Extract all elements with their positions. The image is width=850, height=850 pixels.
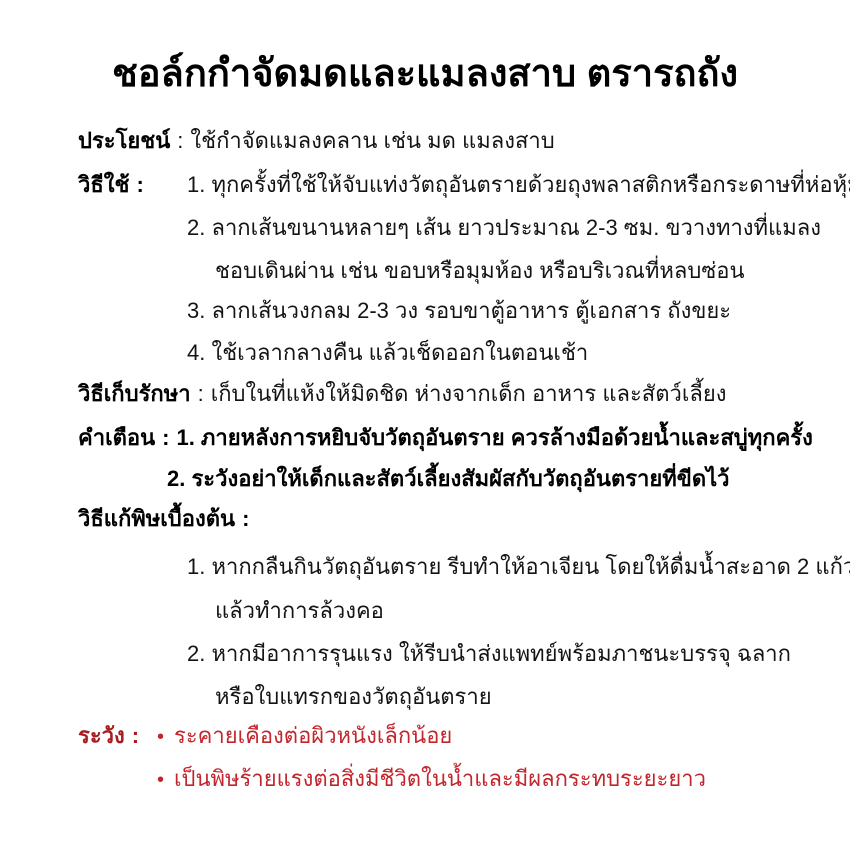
- storage-label: วิธีเก็บรักษา: [78, 381, 191, 406]
- warning-item-1: 1. ภายหลังการหยิบจับวัตถุอันตราย ควรล้าง…: [176, 425, 812, 450]
- first-aid-item-2-line-2: หรือใบแทรกของวัตถุอันตราย: [215, 682, 492, 712]
- usage-item-1: 1. ทุกครั้งที่ใช้ให้จับแท่งวัตถุอันตรายด…: [187, 170, 850, 200]
- colon-separator: :: [198, 381, 204, 406]
- warning-line-1: คำเตือน:1. ภายหลังการหยิบจับวัตถุอันตราย…: [78, 423, 813, 453]
- colon-separator: :: [136, 172, 143, 197]
- caution-label-text: ระวัง: [78, 723, 125, 748]
- usage-item-3: 3. ลากเส้นวงกลม 2-3 วง รอบขาตู้อาหาร ตู้…: [187, 296, 731, 326]
- usage-label-text: วิธีใช้: [78, 172, 129, 197]
- colon-separator: :: [242, 506, 249, 531]
- colon-separator: :: [132, 723, 139, 748]
- caution-bullet-1-text: ระคายเคืองต่อผิวหนังเล็กน้อย: [174, 723, 452, 748]
- benefits-line: ประโยชน์:ใช้กำจัดแมลงคลาน เช่น มด แมลงสา…: [78, 126, 555, 156]
- warning-item-2: 2. ระวังอย่าให้เด็กและสัตว์เลี้ยงสัมผัสก…: [167, 464, 730, 494]
- storage-line: วิธีเก็บรักษา:เก็บในที่แห้งให้มิดชิด ห่า…: [78, 379, 727, 409]
- caution-bullet-1: ระคายเคืองต่อผิวหนังเล็กน้อย: [157, 721, 452, 752]
- caution-bullet-2: เป็นพิษร้ายแรงต่อสิ่งมีชีวิตในน้ำและมีผล…: [157, 764, 706, 795]
- storage-text: เก็บในที่แห้งให้มิดชิด ห่างจากเด็ก อาหาร…: [211, 381, 727, 406]
- usage-item-2-line-2: ชอบเดินผ่าน เช่น ขอบหรือมุมห้อง หรือบริเ…: [215, 256, 745, 286]
- colon-separator: :: [177, 128, 183, 153]
- benefits-label: ประโยชน์: [78, 128, 170, 153]
- page-title: ชอล์กกำจัดมดและแมลงสาบ ตรารถถัง: [0, 50, 850, 98]
- colon-separator: :: [162, 425, 169, 450]
- usage-item-2-line-1: 2. ลากเส้นขนานหลายๆ เส้น ยาวประมาณ 2-3 ซ…: [187, 213, 821, 243]
- benefits-text: ใช้กำจัดแมลงคลาน เช่น มด แมลงสาบ: [190, 128, 554, 153]
- first-aid-item-1-line-1: 1. หากกลืนกินวัตถุอันตราย รีบทำให้อาเจีย…: [187, 552, 850, 582]
- warning-label: คำเตือน: [78, 425, 155, 450]
- first-aid-label-text: วิธีแก้พิษเบื้องต้น: [78, 506, 235, 531]
- product-label-document: ชอล์กกำจัดมดและแมลงสาบ ตรารถถัง ประโยชน์…: [0, 0, 850, 850]
- first-aid-item-1-line-2: แล้วทำการล้วงคอ: [215, 596, 384, 626]
- caution-label: ระวัง:: [78, 721, 146, 751]
- caution-bullet-2-text: เป็นพิษร้ายแรงต่อสิ่งมีชีวิตในน้ำและมีผล…: [174, 766, 706, 791]
- usage-item-4: 4. ใช้เวลากลางคืน แล้วเช็ดออกในตอนเช้า: [187, 338, 588, 368]
- first-aid-item-2-line-1: 2. หากมีอาการรุนแรง ให้รีบนำส่งแพทย์พร้อ…: [187, 639, 791, 669]
- usage-label: วิธีใช้:: [78, 170, 151, 200]
- first-aid-label: วิธีแก้พิษเบื้องต้น:: [78, 504, 256, 534]
